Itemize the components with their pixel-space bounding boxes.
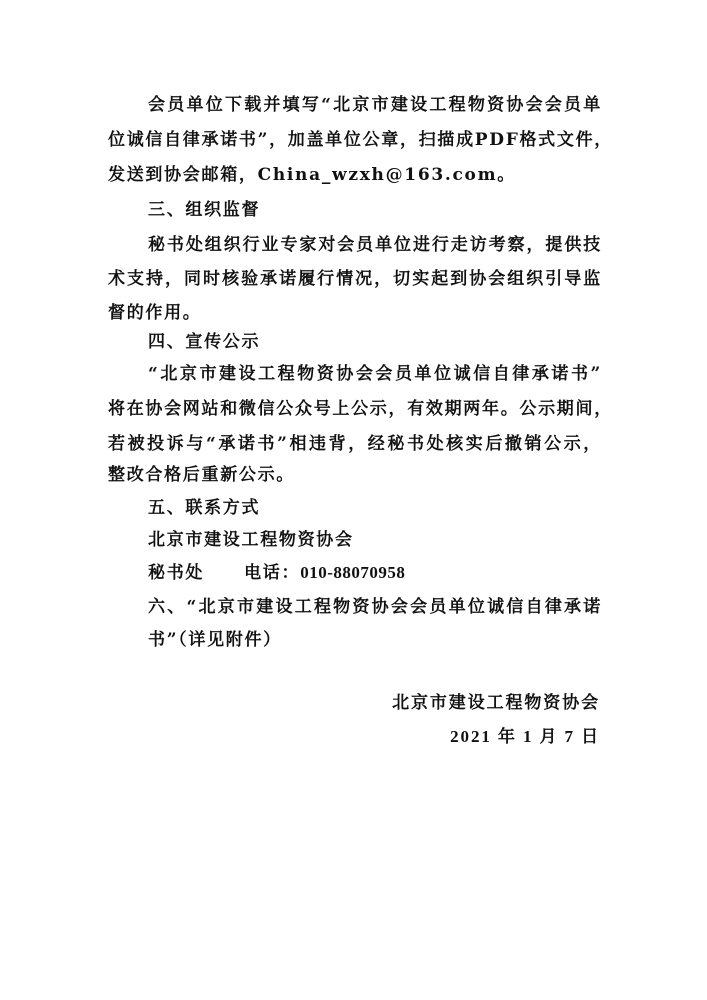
paragraph-line: 将在协会网站和微信公众号上公示，有效期两年。公示期间， [108, 392, 602, 426]
paragraph-line: 会员单位下载并填写“北京市建设工程物资协会会员单 [148, 88, 602, 122]
contact-organization: 北京市建设工程物资协会 [148, 523, 602, 557]
signature-date: 2021 年 1 月 7 日 [450, 720, 600, 754]
paragraph-line: 位诚信自律承诺书”，加盖单位公章，扫描成PDF格式文件， [108, 123, 602, 157]
section-heading-contact: 五、联系方式 [148, 491, 602, 525]
attachment-reference-line: 书”（详见附件） [148, 623, 602, 657]
attachment-reference-line: 六、“北京市建设工程物资协会会员单位诚信自律承诺 [148, 590, 602, 624]
contact-department: 秘书处 [148, 563, 204, 583]
section-heading-publicity: 四、宣传公示 [148, 325, 602, 359]
paragraph-line: 整改合格后重新公示。 [108, 458, 602, 492]
signature-organization: 北京市建设工程物资协会 [392, 686, 600, 720]
paragraph-line: “北京市建设工程物资协会会员单位诚信自律承诺书” [148, 357, 602, 391]
paragraph-line: 秘书处组织行业专家对会员单位进行走访考察，提供技 [148, 228, 602, 262]
phone-label: 电话： [244, 563, 300, 583]
document-page: 会员单位下载并填写“北京市建设工程物资协会会员单 位诚信自律承诺书”，加盖单位公… [0, 0, 707, 1000]
paragraph-line: 若被投诉与“承诺书”相违背，经秘书处核实后撤销公示， [108, 427, 602, 461]
phone-number: 010-88070958 [300, 563, 405, 582]
section-heading-supervision: 三、组织监督 [148, 193, 602, 227]
paragraph-line: 发送到协会邮箱，China_wzxh@163.com。 [108, 158, 602, 192]
contact-phone-line: 秘书处电话：010-88070958 [148, 556, 602, 590]
paragraph-line: 术支持，同时核验承诺履行情况，切实起到协会组织引导监 [108, 262, 602, 296]
